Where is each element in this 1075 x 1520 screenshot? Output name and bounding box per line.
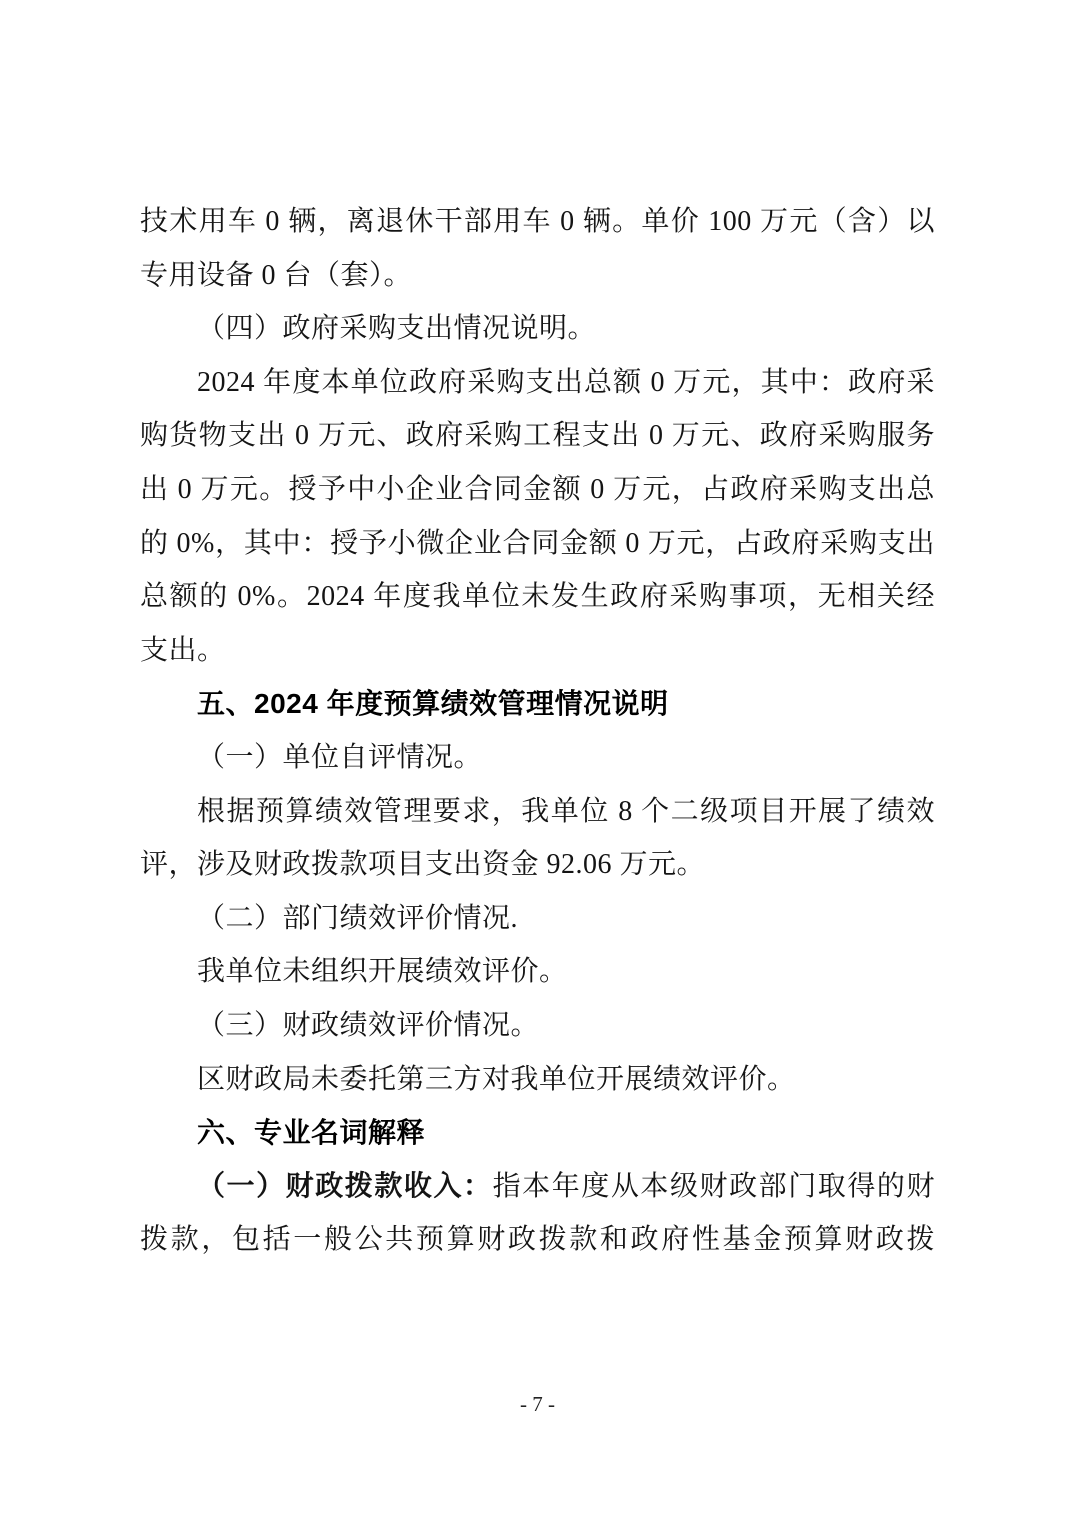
page-number: - 7 -: [0, 1392, 1075, 1417]
body-line: 的 0%，其中：授予小微企业合同金额 0 万元，占政府采购支出: [140, 517, 935, 571]
body-line: 根据预算绩效管理要求，我单位 8 个二级项目开展了绩效自: [140, 785, 935, 839]
body-line: 专用设备 0 台（套）。: [140, 249, 935, 303]
body-line: 评，涉及财政拨款项目支出资金 92.06 万元。: [140, 838, 935, 892]
term-definition-line: （一）财政拨款收入：指本年度从本级财政部门取得的财政: [140, 1160, 935, 1214]
document-page: 技术用车 0 辆，离退休干部用车 0 辆。单价 100 万元（含）以上 专用设备…: [0, 0, 1075, 1520]
subsection-heading-1: （一）单位自评情况。: [140, 731, 935, 785]
term-label: （一）财政拨款收入：: [197, 1171, 493, 1202]
section-heading-6: 六、专业名词解释: [140, 1106, 935, 1160]
subsection-heading-4: （四）政府采购支出情况说明。: [140, 302, 935, 356]
body-line: 技术用车 0 辆，离退休干部用车 0 辆。单价 100 万元（含）以上: [140, 195, 935, 249]
body-line: 拨款，包括一般公共预算财政拨款和政府性基金预算财政拨款。: [140, 1213, 935, 1267]
subsection-heading-2: （二）部门绩效评价情况.: [140, 892, 935, 946]
body-line: 2024 年度本单位政府采购支出总额 0 万元，其中：政府采: [140, 356, 935, 410]
body-line: 出 0 万元。授予中小企业合同金额 0 万元，占政府采购支出总额: [140, 463, 935, 517]
body-line: 区财政局未委托第三方对我单位开展绩效评价。: [140, 1053, 935, 1107]
section-heading-5: 五、2024 年度预算绩效管理情况说明: [140, 677, 935, 731]
body-line: 我单位未组织开展绩效评价。: [140, 945, 935, 999]
body-line: 总额的 0%。2024 年度我单位未发生政府采购事项，无相关经费: [140, 570, 935, 624]
subsection-heading-3: （三）财政绩效评价情况。: [140, 999, 935, 1053]
body-line: 支出。: [140, 624, 935, 678]
body-line: 购货物支出 0 万元、政府采购工程支出 0 万元、政府采购服务支: [140, 409, 935, 463]
document-body: 技术用车 0 辆，离退休干部用车 0 辆。单价 100 万元（含）以上 专用设备…: [140, 195, 935, 1267]
